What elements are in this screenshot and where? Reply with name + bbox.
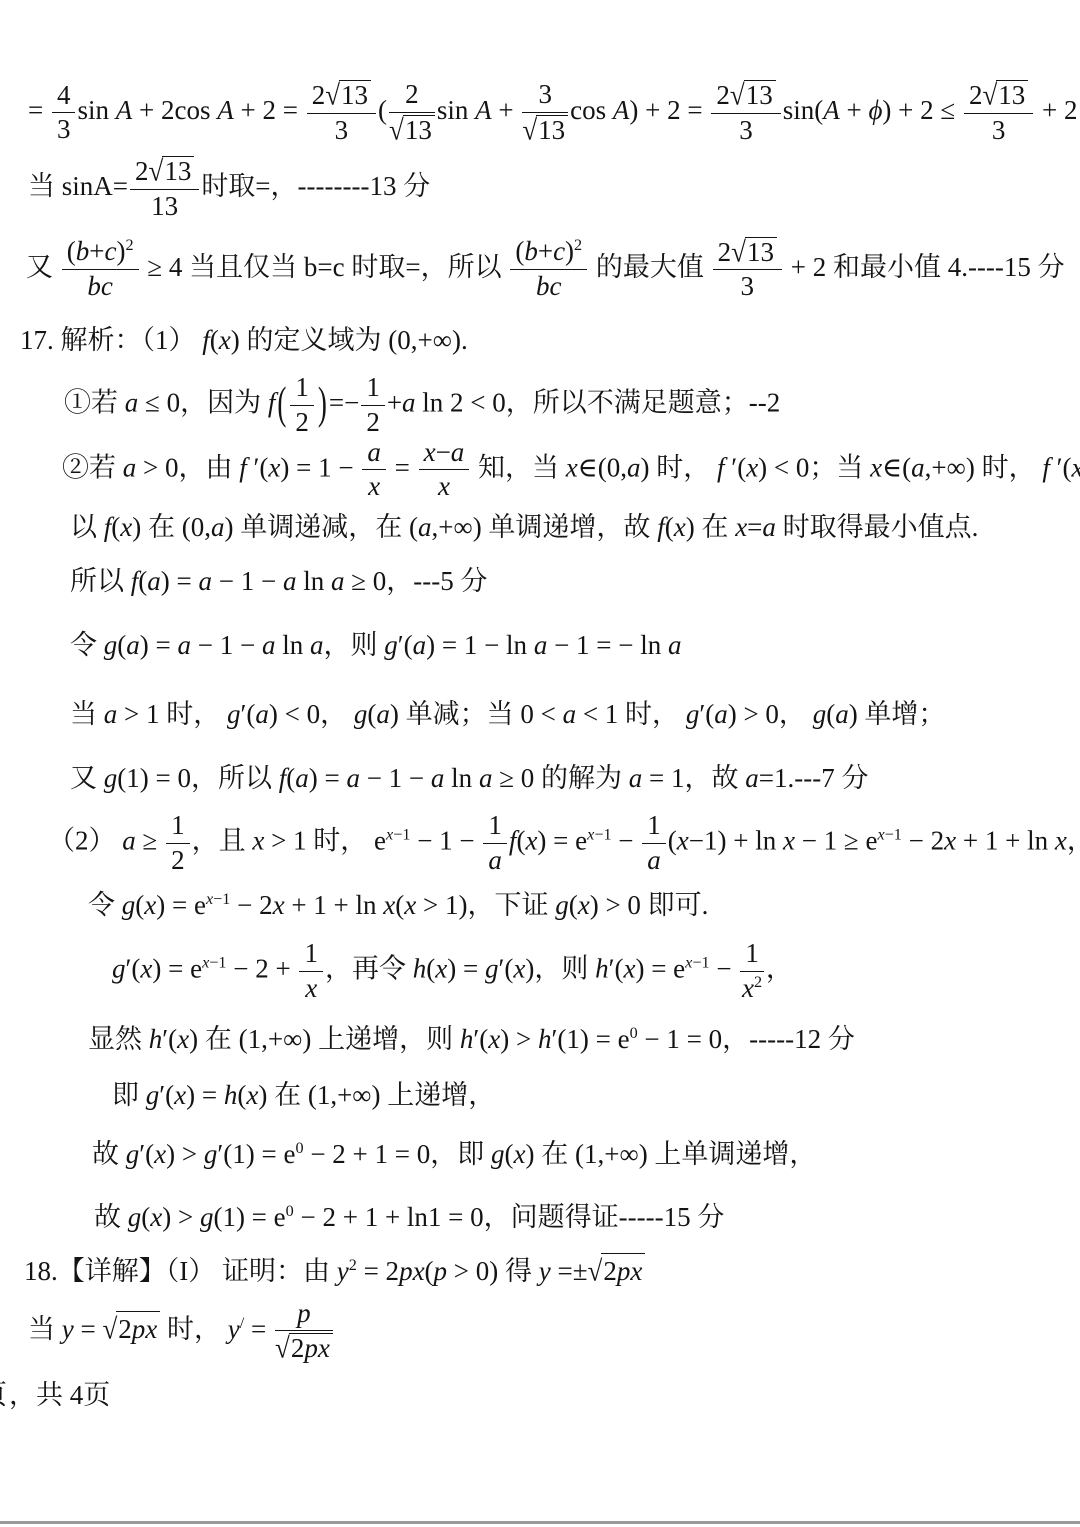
text-run: −1 bbox=[885, 826, 902, 844]
text-run: 1 bbox=[488, 810, 502, 840]
math-var: g bbox=[146, 1080, 160, 1110]
text-run: ( bbox=[668, 826, 677, 856]
text-run: ( bbox=[141, 1202, 150, 1232]
superscript: x−1 bbox=[685, 953, 709, 971]
text-run: sin bbox=[77, 95, 115, 125]
math-var: a bbox=[211, 512, 225, 542]
math-var: x bbox=[219, 325, 231, 355]
q17-case1: ①若 a ≤ 0，因为 f(12)=−12+a ln 2 < 0，所以不满足题意… bbox=[64, 373, 1080, 437]
text-run: 2 bbox=[349, 1256, 357, 1274]
math-var: f bbox=[268, 388, 276, 418]
math-var: x bbox=[273, 890, 285, 920]
math-var: g bbox=[200, 1202, 214, 1232]
text-run: 13 bbox=[341, 80, 368, 110]
math-var: b bbox=[76, 236, 90, 266]
math-var: g bbox=[128, 1202, 142, 1232]
text-run: ) 单减；当 0 < bbox=[390, 699, 563, 729]
scan-edge-rule bbox=[0, 1521, 1080, 1524]
math-var: A bbox=[823, 95, 840, 125]
text-run: ) 单增； bbox=[849, 699, 946, 729]
text-run: 令 bbox=[88, 890, 122, 920]
math-var: x bbox=[438, 471, 450, 501]
q17-g-monotone: 当 a > 1 时， g′(a) < 0， g(a) 单减；当 0 < a < … bbox=[70, 697, 1080, 732]
math-var: a bbox=[104, 699, 118, 729]
math-var: g bbox=[204, 1139, 218, 1169]
text-run: ′( bbox=[398, 630, 413, 660]
math-var: x bbox=[742, 973, 754, 1003]
text-run: + 1 + ln bbox=[956, 826, 1055, 856]
text-run: ( bbox=[665, 512, 674, 542]
text-run: 知，当 bbox=[471, 452, 566, 482]
text-run: 13 bbox=[164, 156, 191, 186]
radical: √13 bbox=[389, 115, 435, 146]
math-var: a bbox=[911, 452, 925, 482]
math-var: g bbox=[227, 699, 241, 729]
text-run: − 2 + bbox=[227, 953, 298, 983]
text-run: ， bbox=[766, 953, 793, 983]
text-run: ( bbox=[826, 699, 835, 729]
radical-sign: √ bbox=[389, 115, 404, 147]
text-run: 2 bbox=[171, 845, 185, 875]
clipped-glyph: 页 bbox=[0, 1378, 9, 1413]
math-var: x bbox=[944, 826, 956, 856]
text-run: 1 bbox=[647, 810, 661, 840]
text-run: ( bbox=[515, 236, 524, 266]
text-run: ,+∞) 时， bbox=[925, 452, 1043, 482]
math-var: f bbox=[1042, 452, 1050, 482]
math-var: c bbox=[104, 236, 116, 266]
text-run: + 1 + ln bbox=[285, 890, 384, 920]
math-var: g bbox=[813, 699, 827, 729]
text-run: − 1 = 0，-----12 分 bbox=[638, 1024, 855, 1054]
eq-sinA-equality: 当 sinA=2√1313时取=，--------13 分 bbox=[28, 156, 1080, 221]
text-run: 令 bbox=[70, 630, 104, 660]
text-run: 所以 bbox=[70, 566, 131, 596]
text-run: 1 bbox=[171, 810, 185, 840]
text-run: ′( bbox=[139, 1139, 154, 1169]
text-run: ′( bbox=[473, 1024, 488, 1054]
text-run: ( bbox=[425, 1256, 434, 1286]
text-run: 2 bbox=[754, 973, 762, 991]
text-run: ′( bbox=[247, 452, 269, 482]
eq-bc-max-min: 又 (b+c)2bc ≥ 4 当且仅当 b=c 时取=，所以 (b+c)2bc … bbox=[26, 237, 1080, 302]
text-run: ( bbox=[426, 953, 435, 983]
text-run: 当 bbox=[70, 699, 104, 729]
math-var: h bbox=[149, 1024, 163, 1054]
text-run: − 1 − bbox=[360, 763, 431, 793]
math-var: g bbox=[122, 890, 136, 920]
text-run: ln bbox=[444, 763, 479, 793]
math-var: x bbox=[305, 973, 317, 1003]
text-run: ) = bbox=[186, 1080, 224, 1110]
text-run: ln bbox=[296, 566, 331, 596]
math-var: x bbox=[514, 1139, 526, 1169]
math-var: g bbox=[104, 630, 118, 660]
text-run: 18.【详解】（I） 证明：由 bbox=[24, 1256, 337, 1286]
text-run: −1 bbox=[594, 826, 611, 844]
math-var: x bbox=[246, 1080, 258, 1110]
math-var: a bbox=[431, 763, 445, 793]
math-var: g bbox=[354, 699, 368, 729]
text-run: ′( bbox=[159, 1080, 174, 1110]
q18-intro: 18.【详解】（I） 证明：由 y2 = 2px(p > 0) 得 y =±√2… bbox=[24, 1253, 1080, 1289]
math-var: A bbox=[116, 95, 133, 125]
text-run: ′( bbox=[126, 953, 141, 983]
text-run: + bbox=[840, 95, 869, 125]
text-run: 故 bbox=[94, 1202, 128, 1232]
text-run: (1) = e bbox=[213, 1202, 285, 1232]
math-var: px bbox=[304, 1333, 329, 1363]
text-run: ) 在 (0, bbox=[132, 512, 211, 542]
text-run: ( bbox=[210, 325, 219, 355]
text-run: ( bbox=[505, 1139, 514, 1169]
text-run: ( bbox=[117, 630, 126, 660]
text-run: ,+∞) 单调递增，故 bbox=[431, 512, 657, 542]
math-var: y bbox=[539, 1256, 551, 1286]
math-var: a bbox=[122, 826, 136, 856]
superscript: 2 bbox=[349, 1256, 357, 1274]
math-var: a bbox=[262, 630, 276, 660]
text-run: 显然 bbox=[88, 1024, 149, 1054]
text-run: > 0，由 bbox=[136, 452, 239, 482]
math-var: a bbox=[126, 630, 140, 660]
math-var: x bbox=[870, 452, 882, 482]
math-var: px bbox=[617, 1256, 642, 1286]
text-run: − bbox=[436, 437, 451, 467]
math-var: A bbox=[475, 95, 492, 125]
q17-conclusion-a1: 又 g(1) = 0，所以 f(a) = a − 1 − a ln a ≥ 0 … bbox=[70, 761, 1080, 796]
text-run: 13 bbox=[746, 80, 773, 110]
text-run: ∈(0, bbox=[578, 452, 627, 482]
text-run: 3 bbox=[335, 115, 349, 145]
text-run: ，共 4页 bbox=[9, 1380, 110, 1410]
text-run: ln 2 < 0，所以不满足题意；--2 bbox=[416, 388, 781, 418]
text-run: 17. 解析：（1） bbox=[20, 325, 202, 355]
text-run: < 1 时， bbox=[576, 699, 686, 729]
text-run: ①若 bbox=[64, 388, 125, 418]
math-var: px bbox=[399, 1256, 424, 1286]
text-run: ) = bbox=[140, 630, 178, 660]
text-run: ) 单调递减，在 ( bbox=[224, 512, 417, 542]
text-run: 1 bbox=[295, 372, 309, 402]
text-run: ，且 bbox=[192, 826, 253, 856]
text-run: 2 bbox=[125, 236, 133, 254]
fraction: 43 bbox=[52, 81, 76, 145]
radical: √13 bbox=[730, 80, 776, 111]
superscript: 0 bbox=[630, 1024, 638, 1042]
math-var: a bbox=[402, 388, 416, 418]
text-run: 故 bbox=[92, 1139, 126, 1169]
fraction: 1a bbox=[642, 811, 666, 875]
text-run: sin( bbox=[783, 95, 824, 125]
math-var: g bbox=[126, 1139, 140, 1169]
text-run: 2 bbox=[366, 407, 380, 437]
text-run: ) = 1 − ln bbox=[426, 630, 534, 660]
text-run: 即 bbox=[112, 1080, 146, 1110]
math-var: a bbox=[283, 566, 297, 596]
text-run: 1 bbox=[366, 372, 380, 402]
text-run: ) > bbox=[500, 1024, 538, 1054]
math-var: x bbox=[140, 953, 152, 983]
superscript: 0 bbox=[295, 1139, 303, 1157]
math-var: x bbox=[1055, 826, 1067, 856]
fraction: 2√133 bbox=[964, 80, 1033, 145]
math-var: x bbox=[513, 953, 525, 983]
text-run: ) 在 (1,+∞) 上递增， bbox=[258, 1080, 495, 1110]
fraction: 12 bbox=[290, 373, 314, 437]
math-var: a bbox=[563, 699, 577, 729]
text-run: = 1，故 bbox=[642, 763, 745, 793]
text-run: − 1 − bbox=[410, 826, 481, 856]
q17-gprime-positive: 故 g′(x) > g′(1) = e0 − 2 + 1 = 0，即 g(x) … bbox=[92, 1137, 1080, 1172]
text-run: = bbox=[74, 1314, 103, 1344]
text-run: ) < 0；当 bbox=[758, 452, 870, 482]
text-run: 2 bbox=[118, 1314, 132, 1344]
text-run: ( bbox=[569, 890, 578, 920]
math-var: a bbox=[413, 630, 427, 660]
text-run: 3 bbox=[739, 115, 753, 145]
text-run: −1) + ln bbox=[689, 826, 783, 856]
text-run: ≥ 0 的解为 bbox=[492, 763, 628, 793]
text-run: 2 bbox=[295, 407, 309, 437]
math-var: a bbox=[123, 452, 137, 482]
math-var: g bbox=[485, 953, 499, 983]
text-run: −1 bbox=[692, 953, 709, 971]
text-run: 以 bbox=[70, 512, 104, 542]
text-run: 当 bbox=[28, 1314, 62, 1344]
text-run: =± bbox=[551, 1256, 588, 1286]
text-run: −1 bbox=[213, 890, 230, 908]
q17-define-gx: 令 g(x) = ex−1 − 2x + 1 + ln x(x > 1)，下证 … bbox=[88, 888, 1080, 923]
text-run: 4 bbox=[57, 80, 71, 110]
math-var: a bbox=[714, 699, 728, 729]
math-var: x bbox=[435, 953, 447, 983]
text-run: ′(1) = e bbox=[551, 1024, 629, 1054]
text-run: 0 bbox=[630, 1024, 638, 1042]
page-footer: 页，共 4页 bbox=[0, 1378, 1080, 1413]
math-var: y bbox=[337, 1256, 349, 1286]
text-run: ) bbox=[565, 236, 574, 266]
text-run: ) > 0 即可. bbox=[590, 890, 709, 920]
math-var: x bbox=[1072, 452, 1080, 482]
eq-trig-chain: = 43sin A + 2cos A + 2 = 2√133(2√13sin A… bbox=[28, 80, 1080, 145]
math-var: A bbox=[217, 95, 234, 125]
text-run: 2 bbox=[312, 80, 326, 110]
text-run: 13 bbox=[747, 237, 774, 267]
text-run: ( bbox=[67, 236, 76, 266]
text-run: + bbox=[538, 236, 553, 266]
text-run: （2） bbox=[48, 826, 122, 856]
radical: √2px bbox=[102, 1311, 160, 1347]
text-run: − bbox=[710, 953, 739, 983]
q17-gprime-increasing: 即 g′(x) = h(x) 在 (1,+∞) 上递增， bbox=[112, 1078, 1080, 1113]
radical: √2px bbox=[588, 1253, 646, 1289]
fraction: 3√13 bbox=[522, 80, 568, 145]
superscript: x−1 bbox=[877, 826, 901, 844]
math-var: a bbox=[418, 512, 432, 542]
text-run: ) 在 (1,+∞) 上单调递增， bbox=[525, 1139, 816, 1169]
math-var: x bbox=[566, 452, 578, 482]
text-run: 2 bbox=[574, 236, 582, 254]
big-paren: ) bbox=[318, 373, 327, 433]
text-run: 1 bbox=[745, 938, 759, 968]
text-run: ′( bbox=[162, 1024, 177, 1054]
text-run: −1 bbox=[209, 953, 226, 971]
text-run: − 2 + 1 + ln1 = 0，问题得证-----15 分 bbox=[294, 1202, 725, 1232]
radical-sign: √ bbox=[275, 1333, 290, 1365]
text-run: > 1)，下证 bbox=[416, 890, 555, 920]
math-var: g bbox=[112, 953, 126, 983]
fraction: 2√13 bbox=[389, 80, 435, 145]
text-run: ) = 1 − bbox=[280, 452, 360, 482]
text-run: ) > 0， bbox=[728, 699, 813, 729]
text-run: ( bbox=[367, 699, 376, 729]
text-run: > 1 时， e bbox=[264, 826, 386, 856]
text-run: 2 bbox=[405, 79, 419, 109]
math-var: a bbox=[647, 845, 661, 875]
math-var: f bbox=[239, 452, 247, 482]
q17-gprime-hx: g′(x) = ex−1 − 2 + 1x，再令 h(x) = g′(x)，则 … bbox=[112, 939, 1080, 1003]
text-run: ) < 0， bbox=[269, 699, 354, 729]
math-var: a bbox=[479, 763, 493, 793]
math-var: y bbox=[62, 1314, 74, 1344]
text-run: = bbox=[388, 452, 417, 482]
math-var: a bbox=[629, 763, 643, 793]
text-run: ，再令 bbox=[325, 953, 413, 983]
fraction: 1x bbox=[299, 939, 323, 1003]
fraction: 2√133 bbox=[713, 237, 782, 302]
text-run: ′( bbox=[699, 699, 714, 729]
math-var: x bbox=[578, 890, 590, 920]
text-run: (1) = 0，所以 bbox=[117, 763, 278, 793]
text-run: cos bbox=[570, 95, 613, 125]
text-run: ( bbox=[135, 890, 144, 920]
math-var: x bbox=[488, 1024, 500, 1054]
superscript: 2 bbox=[574, 236, 582, 254]
text-run: ) + 2 ≤ bbox=[882, 95, 962, 125]
q17-final-proof: 故 g(x) > g(1) = e0 − 2 + 1 + ln1 = 0，问题得… bbox=[94, 1200, 1080, 1235]
text-run: − bbox=[612, 826, 641, 856]
text-run: 当 sinA= bbox=[28, 171, 128, 201]
q17-case2: ②若 a > 0，由 f ′(x) = 1 − ax = x−ax 知，当 x∈… bbox=[62, 438, 1080, 502]
text-run: ′( bbox=[1050, 452, 1072, 482]
text-run: ②若 bbox=[62, 452, 123, 482]
math-var: a bbox=[295, 763, 309, 793]
math-var: f bbox=[717, 452, 725, 482]
text-run: ) = bbox=[161, 566, 199, 596]
fraction: 1a bbox=[483, 811, 507, 875]
q17-fa-ineq: 所以 f(a) = a − 1 − a ln a ≥ 0，---5 分 bbox=[70, 564, 1080, 599]
math-var: x bbox=[735, 512, 747, 542]
math-var: a bbox=[331, 566, 345, 596]
text-run: 又 bbox=[70, 763, 104, 793]
text-run: ) > bbox=[162, 1202, 200, 1232]
math-var: x bbox=[383, 890, 395, 920]
math-var: p bbox=[297, 1298, 311, 1328]
text-run: 2 bbox=[969, 80, 983, 110]
text-run: 13 bbox=[405, 115, 432, 145]
math-var: x bbox=[150, 1202, 162, 1232]
math-var: h bbox=[595, 953, 609, 983]
radical-sign: √ bbox=[982, 80, 997, 112]
text-run: ) = e bbox=[152, 953, 202, 983]
text-run: 3 bbox=[57, 114, 71, 144]
text-run: ≥ 0，---5 分 bbox=[344, 566, 487, 596]
fraction: (b+c)2bc bbox=[62, 237, 139, 301]
math-var: x bbox=[174, 1080, 186, 1110]
math-var: bc bbox=[87, 271, 112, 301]
math-var: a bbox=[177, 630, 191, 660]
math-var: x bbox=[525, 826, 537, 856]
math-var: h bbox=[538, 1024, 552, 1054]
text-run: 3 bbox=[539, 79, 553, 109]
math-var: x bbox=[783, 826, 795, 856]
math-var: c bbox=[553, 236, 565, 266]
math-var: x bbox=[144, 890, 156, 920]
text-run: 0 bbox=[286, 1202, 294, 1220]
radical-sign: √ bbox=[148, 156, 163, 188]
math-var: x bbox=[368, 471, 380, 501]
text-run: 2 bbox=[718, 237, 732, 267]
math-var: x bbox=[154, 1139, 166, 1169]
text-run: 13 bbox=[538, 115, 565, 145]
math-var: a bbox=[198, 566, 212, 596]
math-var: x bbox=[252, 826, 264, 856]
text-run: ) + 2 = bbox=[629, 95, 709, 125]
radical: √13 bbox=[731, 237, 777, 268]
math-var: a bbox=[745, 763, 759, 793]
math-var: a bbox=[668, 630, 682, 660]
text-run: − 2 + 1 = 0，即 bbox=[304, 1139, 491, 1169]
math-var: x bbox=[674, 512, 686, 542]
text-run: ，---9 分 bbox=[1067, 826, 1080, 856]
math-var: x bbox=[623, 953, 635, 983]
math-var: a bbox=[451, 437, 465, 467]
fraction: x−ax bbox=[419, 438, 470, 502]
superscript: x−1 bbox=[202, 953, 226, 971]
math-var: h bbox=[413, 953, 427, 983]
text-run: > 1 时， bbox=[117, 699, 227, 729]
text-run: 的最大值 bbox=[589, 252, 711, 282]
math-var: x bbox=[746, 452, 758, 482]
text-run: ′( bbox=[725, 452, 747, 482]
text-run: ( bbox=[237, 1080, 246, 1110]
text-run: ) = bbox=[309, 763, 347, 793]
math-var: a bbox=[376, 699, 390, 729]
math-var: x bbox=[677, 826, 689, 856]
text-run: ( bbox=[286, 763, 295, 793]
text-run: ( bbox=[138, 566, 147, 596]
radical-sign: √ bbox=[522, 115, 537, 147]
math-var: x bbox=[424, 437, 436, 467]
math-var: ϕ bbox=[868, 95, 882, 125]
text-run: + 2 当且仅 bbox=[1035, 95, 1080, 125]
text-run: ′( bbox=[498, 953, 513, 983]
radical: √13 bbox=[148, 156, 194, 187]
math-var: x bbox=[120, 512, 132, 542]
text-run: −1 bbox=[393, 826, 410, 844]
text-run: − 1 = − ln bbox=[547, 630, 668, 660]
text-run: )，则 bbox=[525, 953, 595, 983]
math-var: a bbox=[534, 630, 548, 660]
text-run: ) 时， bbox=[641, 452, 718, 482]
text-run: ′( bbox=[240, 699, 255, 729]
fraction: 2√133 bbox=[711, 80, 780, 145]
math-var: g bbox=[555, 890, 569, 920]
q17-monotone: 以 f(x) 在 (0,a) 单调递减，在 (a,+∞) 单调递增，故 f(x)… bbox=[70, 510, 1080, 545]
superscript: 2 bbox=[125, 236, 133, 254]
radical: √13 bbox=[982, 80, 1028, 111]
